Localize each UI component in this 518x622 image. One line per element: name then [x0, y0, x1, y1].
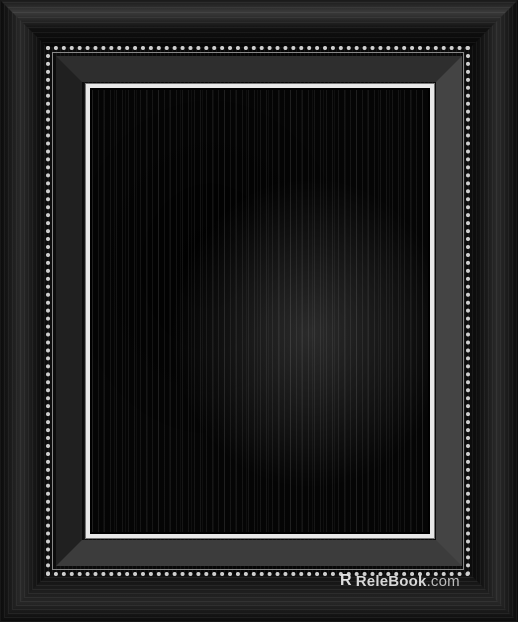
- watermark-tld: .com: [427, 573, 460, 590]
- picture-frame: [0, 0, 518, 622]
- watermark-logo-icon: R: [340, 572, 352, 590]
- wood-grain-panel: [92, 90, 428, 532]
- watermark: R ReleBook.com: [340, 570, 460, 592]
- watermark-text: ReleBook.com: [356, 573, 460, 590]
- frame-top-rail: [0, 0, 518, 48]
- watermark-brand: ReleBook: [356, 573, 427, 590]
